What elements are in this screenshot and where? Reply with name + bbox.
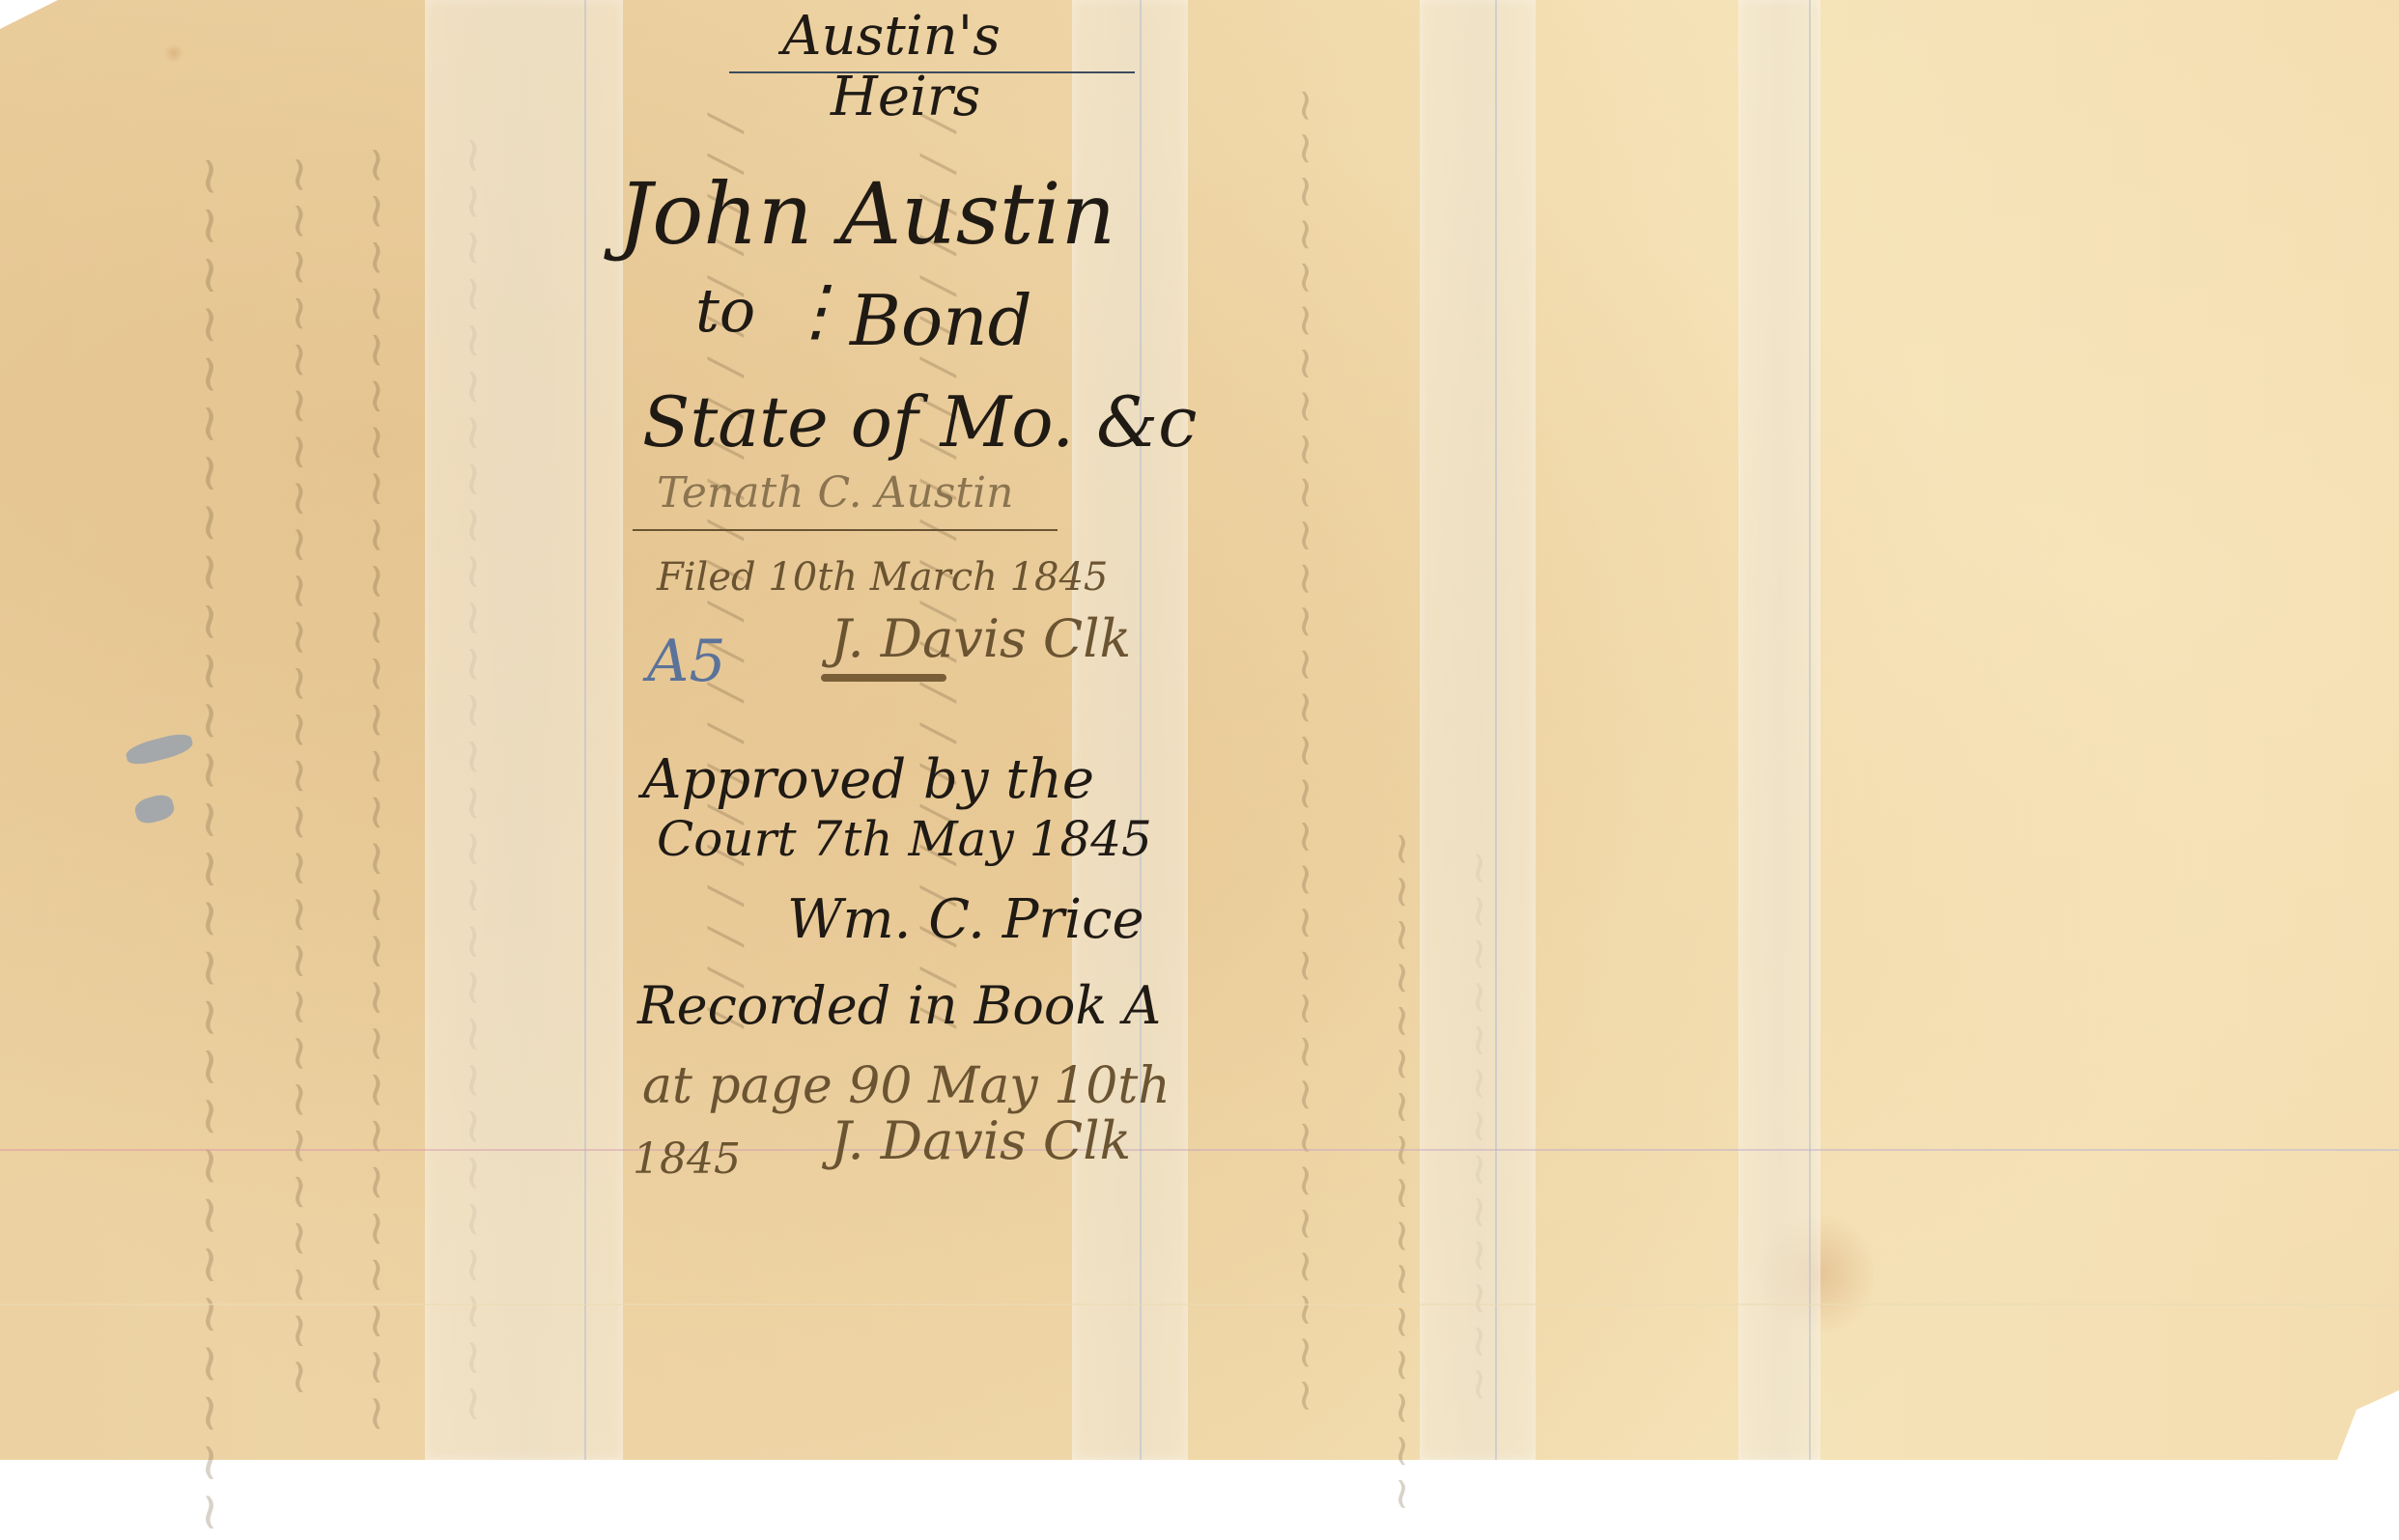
- filed-date: Filed 10th March 1845: [657, 555, 1108, 600]
- docket-name: John Austin: [618, 164, 1115, 264]
- ruled-line: [0, 1303, 2399, 1305]
- recorded-line-2: at page 90 May 10th: [642, 1057, 1171, 1115]
- fold-line: [1809, 0, 1811, 1460]
- recorded-year: 1845: [633, 1134, 741, 1184]
- bleed-through-text: ~~~~~~~~~~~~~~~~~~~~~~~~~~~~: [181, 154, 241, 1460]
- recorded-line-1: Recorded in Book A: [637, 975, 1161, 1036]
- docket-bond: Bond: [850, 280, 1032, 361]
- ruled-line: [0, 1149, 2399, 1151]
- approved-line-1: Approved by the: [642, 748, 1094, 811]
- approved-line-2: Court 7th May 1845: [657, 811, 1152, 867]
- docket-to: to: [695, 275, 755, 346]
- header-line-1: Austin's: [782, 5, 1001, 68]
- stain: [164, 43, 183, 63]
- tape-strip: [1420, 0, 1536, 1460]
- fold-line: [1495, 0, 1497, 1460]
- filed-annotation: A5: [647, 628, 726, 695]
- filed-signature: J. Davis Clk: [831, 608, 1131, 669]
- fold-line: [584, 0, 586, 1460]
- tape-strip: [425, 0, 623, 1460]
- fold-line: [1140, 0, 1142, 1460]
- signature-underline: [821, 674, 946, 682]
- header-line-2: Heirs: [831, 66, 980, 128]
- bleed-through-text: ~~~~~~~~~~~~~~~~~~~~~~~~~~~: [272, 154, 328, 1403]
- bleed-through-text: ~~~~~~~~~~~~~~~~~~~~~~~~~~~~: [350, 145, 406, 1440]
- approved-signature: Wm. C. Price: [787, 888, 1144, 951]
- brace-mark: ⋮: [782, 270, 850, 350]
- divider-rule: [633, 529, 1058, 531]
- recorded-signature: J. Davis Clk: [831, 1110, 1131, 1171]
- guardian-name: Tenath C. Austin: [657, 468, 1013, 518]
- bleed-through-text: ~~~~~~~~~~~~~~~~~~~~~~~~~~~~~~~: [1281, 87, 1333, 1420]
- docket-state: State of Mo. &c: [642, 381, 1198, 462]
